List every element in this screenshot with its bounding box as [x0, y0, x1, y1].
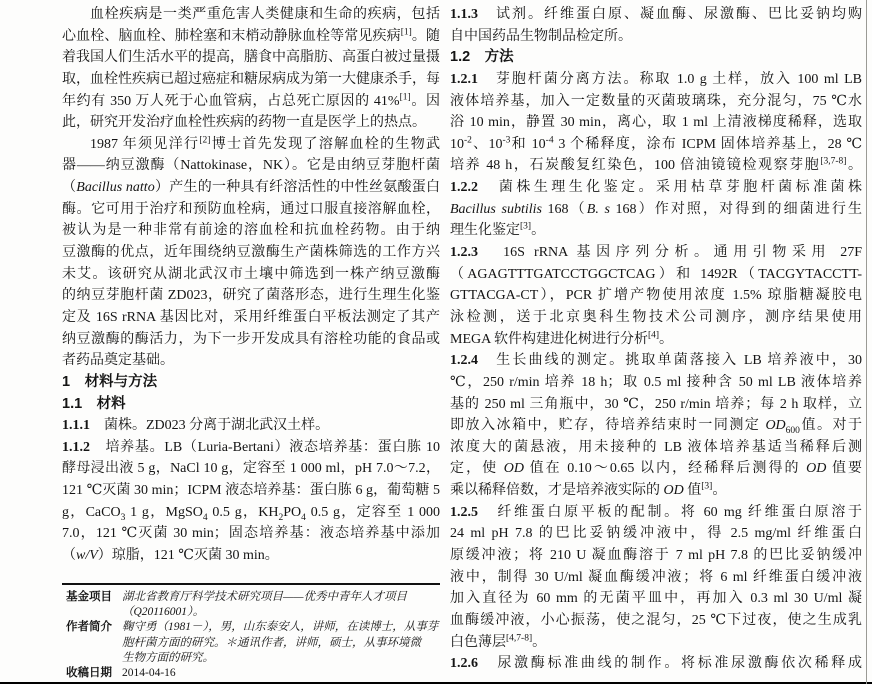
reference-superscript: [1] [400, 92, 411, 102]
text-line: 被认为是一种非常有前途的溶血栓和抗血栓药物。由于纳 [62, 220, 440, 242]
text-line: 培养 48 h，石炭酸复红染色，100 倍油镜镜检观察芽胞[3,7-8]。 [450, 155, 862, 177]
styled-run: OD [504, 461, 524, 476]
text-line: 取，血栓性疾病已超过癌症和糖尿病成为第一大健康杀手，每 [62, 69, 440, 91]
text-line: 24 ml pH 7.8 的巴比妥钠缓冲液中，得 2.5 mg/ml 纤维蛋白 [450, 523, 862, 545]
styled-run: 1.2.2 [450, 180, 478, 195]
text-line: 1.2.6 尿激酶标准曲线的制作。将标准尿激酶依次稀释成 [450, 653, 862, 675]
footnote-label: 收稿日期 [66, 666, 114, 681]
reference-superscript: -4 [546, 135, 554, 145]
text-line: 1.1.2 培养基。LB（Luria-Bertani）液态培养基：蛋白胨 10 … [62, 437, 440, 459]
text-line: 酶。它可用于治疗和预防血栓病，通过口服直接溶解血栓， [62, 199, 440, 221]
footnote-line: 生物方面的研究。 [122, 651, 440, 666]
reference-superscript: [3] [701, 481, 712, 491]
text-line: 纳豆激酶的酶活力，为下一步开发成具有溶栓功能的食品或 [62, 329, 440, 351]
text-line: （Bacillus natto）产生的一种具有纤溶活性的中性丝氨酸蛋白 [62, 177, 440, 199]
text-line: 加入直径为 60 mm 的无菌平皿中，再加入 0.3 ml 30 U/ml 凝 [450, 588, 862, 610]
text-line: 浴 10 min，静置 30 min，离心，取 1 ml 上清液梯度稀释，选取 [450, 112, 862, 134]
styled-run: 4 [203, 513, 208, 523]
reference-superscript: -2 [464, 135, 472, 145]
styled-run: 4 [301, 513, 306, 523]
styled-run: Bacillus natto [76, 180, 154, 195]
footnote: 基金项目湖北省教育厅科学技术研究项目——优秀中青年人才项目（Q20116001）… [66, 590, 440, 681]
text-line: 浓度大的菌悬液，用未接种的 LB 液体培养基适当稀释后测 [450, 437, 862, 459]
styled-run: 1.1.2 [62, 440, 90, 455]
text-line: 即放入冰箱中，贮存，待培养结束时一同测定 OD600值。对于 [450, 415, 862, 437]
styled-run: OD [664, 483, 684, 498]
text-line: 泳检测，送于北京奥科生物技术公司测序，测序结果使用 [450, 307, 862, 329]
text-line: 未艾。该研究从湖北武汉市土壤中筛选到一株产纳豆激酶 [62, 264, 440, 286]
text-line: 年约有 350 万人死于心血管病，占总死亡原因的 41%[1]。因 [62, 91, 440, 113]
text-line: 豆激酶的优点，近年围绕纳豆激酶生产菌株筛选的工作方兴 [62, 242, 440, 264]
text-line: 7.0，121 ℃灭菌 30 min；固态培养基：液态培养基中添加 15% [62, 523, 440, 545]
footnote-label: 基金项目 [66, 590, 114, 605]
styled-run: OD [806, 461, 826, 476]
text-line: 酵母浸出液 5 g，NaCl 10 g，定容至 1 000 ml，pH 7.0～… [62, 458, 440, 480]
footnote-line: （Q20116001）。 [122, 605, 440, 620]
text-line: 乘以稀释倍数，才是培养液实际的 OD 值[3]。 [450, 480, 862, 502]
styled-run: 1.2.5 [450, 505, 478, 520]
footnote-entry: 基金项目湖北省教育厅科学技术研究项目——优秀中青年人才项目（Q20116001）… [66, 590, 440, 620]
text-line: 的纳豆芽胞杆菌 ZD023，研究了菌落形态，进行生理生化鉴 [62, 285, 440, 307]
footnote-entry: 收稿日期2014-04-16 [66, 666, 440, 681]
reference-superscript: [4] [648, 330, 659, 340]
footnote-content: 湖北省教育厅科学技术研究项目——优秀中青年人才项目（Q20116001）。 [122, 590, 440, 620]
footnote-content: 鞠守勇（1981－），男，山东泰安人，讲师，在读博士，从事芽胞杆菌方面的研究。＊… [122, 620, 440, 666]
text-line: 1.2.2 菌株生理生化鉴定。采用枯草芽胞杆菌标准菌株 [450, 177, 862, 199]
styled-run: Bacillus subtilis [450, 202, 542, 217]
text-line: 1987 年须见洋行[2]博士首先发现了溶解血栓的生物武 [62, 134, 440, 156]
footnote-divider [62, 583, 440, 585]
text-line: 1.2.3 16S rRNA 基因序列分析。通用引物采用 27F [450, 242, 862, 264]
footnote-entry: 作者简介鞠守勇（1981－），男，山东泰安人，讲师，在读博士，从事芽胞杆菌方面的… [66, 620, 440, 666]
section-heading: 1 材料与方法 [62, 372, 440, 394]
text-line: 液体培养基，加入一定数量的灭菌玻璃珠，充分混匀，75 ℃水 [450, 91, 862, 113]
footnote-line: 2014-04-16 [122, 666, 440, 681]
text-line: GTTACGA-CT），PCR 扩增产物使用浓度 1.5% 琼脂糖凝胶电 [450, 285, 862, 307]
text-line: 基的 250 ml 三角瓶中，30 ℃，250 r/min 培养；每 2 h 取… [450, 394, 862, 416]
styled-run: OD [765, 418, 785, 433]
text-line: 心血栓、脑血栓、肺栓塞和末梢动静脉血栓等常见疾病[1]。随 [62, 26, 440, 48]
text-line: 10-2、10-3和 10-4 3 个稀释度，涂布 ICPM 固体培养基上，28… [450, 134, 862, 156]
text-line: 白色薄层[4,7-8]。 [450, 632, 862, 654]
reference-superscript: [2] [199, 135, 210, 145]
right-column: 1.1.3 试剂。纤维蛋白原、凝血酶、尿激酶、巴比妥钠均购自中国药品生物制品检定… [450, 4, 862, 675]
text-line: 者药品奠定基础。 [62, 350, 440, 372]
text-line: 理生化鉴定[3]。 [450, 220, 862, 242]
left-column: 血栓疾病是一类严重危害人类健康和生命的疾病，包括心血栓、脑血栓、肺栓塞和末梢动静… [62, 4, 440, 567]
text-line: 液中，制得 30 U/ml 凝血酶缓冲液；将 6 ml 纤维蛋白缓冲液 [450, 567, 862, 589]
text-line: Bacillus subtilis 168（B. s 168）作对照，对得到的细… [450, 199, 862, 221]
footnote-content: 2014-04-16 [122, 666, 440, 681]
text-line: 121 ℃灭菌 30 min；ICPM 液态培养基：蛋白胨 6 g，葡萄糖 5 [62, 480, 440, 502]
reference-superscript: [1] [401, 27, 412, 37]
page-right-edge [866, 0, 867, 684]
text-line: ℃，250 r/min 培养 18 h；取 0.5 ml 接种含 50 ml L… [450, 372, 862, 394]
styled-run: 1.2.1 [450, 72, 478, 87]
text-line: （AGAGTTTGATCCTGGCTCAG）和 1492R（TACGYTACCT… [450, 264, 862, 286]
styled-run: 1.1.1 [62, 418, 90, 433]
styled-run: 600 [786, 426, 800, 436]
text-line: 原缓冲液；将 210 U 凝血酶溶于 7 ml pH 7.8 的巴比妥钠缓冲 [450, 545, 862, 567]
text-line: 血酶缓冲液，小心振荡，使之混匀，25 ℃下过夜，使之生成乳 [450, 610, 862, 632]
text-line: 1.1.1 菌株。ZD023 分离于湖北武汉土样。 [62, 415, 440, 437]
styled-run: 1.1.3 [450, 7, 478, 22]
footnote-line: 鞠守勇（1981－），男，山东泰安人，讲师，在读博士，从事芽 [122, 620, 440, 635]
styled-run: 1.2.6 [450, 656, 478, 671]
styled-run: B. s [587, 202, 610, 217]
footnote-line: 胞杆菌方面的研究。＊通讯作者，讲师，硕士，从事环境微 [122, 636, 440, 651]
styled-run: 3 [121, 513, 126, 523]
reference-superscript: [4,7-8] [506, 633, 532, 643]
text-line: （w/V）琼脂，121 ℃灭菌 30 min。 [62, 545, 440, 567]
text-line: 1.2.4 生长曲线的测定。挑取单菌落接入 LB 培养液中，30 [450, 350, 862, 372]
text-line: g，CaCO3 1 g，MgSO4 0.5 g，KH2PO4 0.5 g，定容至… [62, 502, 440, 524]
styled-run: w/V [76, 548, 98, 563]
footnote-line: 湖北省教育厅科学技术研究项目——优秀中青年人才项目 [122, 590, 440, 605]
text-line: 血栓疾病是一类严重危害人类健康和生命的疾病，包括 [62, 4, 440, 26]
styled-run: 1.2.4 [450, 353, 478, 368]
text-line: 自中国药品生物制品检定所。 [450, 26, 862, 48]
section-heading: 1.2 方法 [450, 47, 862, 69]
text-line: 1.2.1 芽胞杆菌分离方法。称取 1.0 g 土样，放入 100 ml LB [450, 69, 862, 91]
text-line: 定，使 OD 值在 0.10～0.65 以内，经稀释后测得的 OD 值要 [450, 458, 862, 480]
section-heading: 1.1 材料 [62, 394, 440, 416]
styled-run: 2 [279, 513, 284, 523]
paper-page: 血栓疾病是一类严重危害人类健康和生命的疾病，包括心血栓、脑血栓、肺栓塞和末梢动静… [0, 0, 872, 684]
styled-run: 1.2.3 [450, 245, 478, 260]
reference-superscript: -3 [502, 135, 510, 145]
reference-superscript: [3] [520, 222, 531, 232]
footnote-label: 作者简介 [66, 620, 114, 635]
reference-superscript: [3,7-8] [820, 157, 846, 167]
text-line: MEGA 软件构建进化树进行分析[4]。 [450, 329, 862, 351]
text-line: 此，研究开发治疗血栓性疾病的药物一直是医学上的热点。 [62, 112, 440, 134]
text-line: 着我国人们生活水平的提高，膳食中高脂肪、高蛋白被过量摄 [62, 47, 440, 69]
text-line: 定及 16S rRNA 基因比对，采用纤维蛋白平板法测定了其产 [62, 307, 440, 329]
text-line: 1.1.3 试剂。纤维蛋白原、凝血酶、尿激酶、巴比妥钠均购 [450, 4, 862, 26]
text-line: 器——纳豆激酶（Nattokinase，NK）。它是由纳豆芽胞杆菌 [62, 155, 440, 177]
text-line: 1.2.5 纤维蛋白原平板的配制。将 60 mg 纤维蛋白原溶于 [450, 502, 862, 524]
